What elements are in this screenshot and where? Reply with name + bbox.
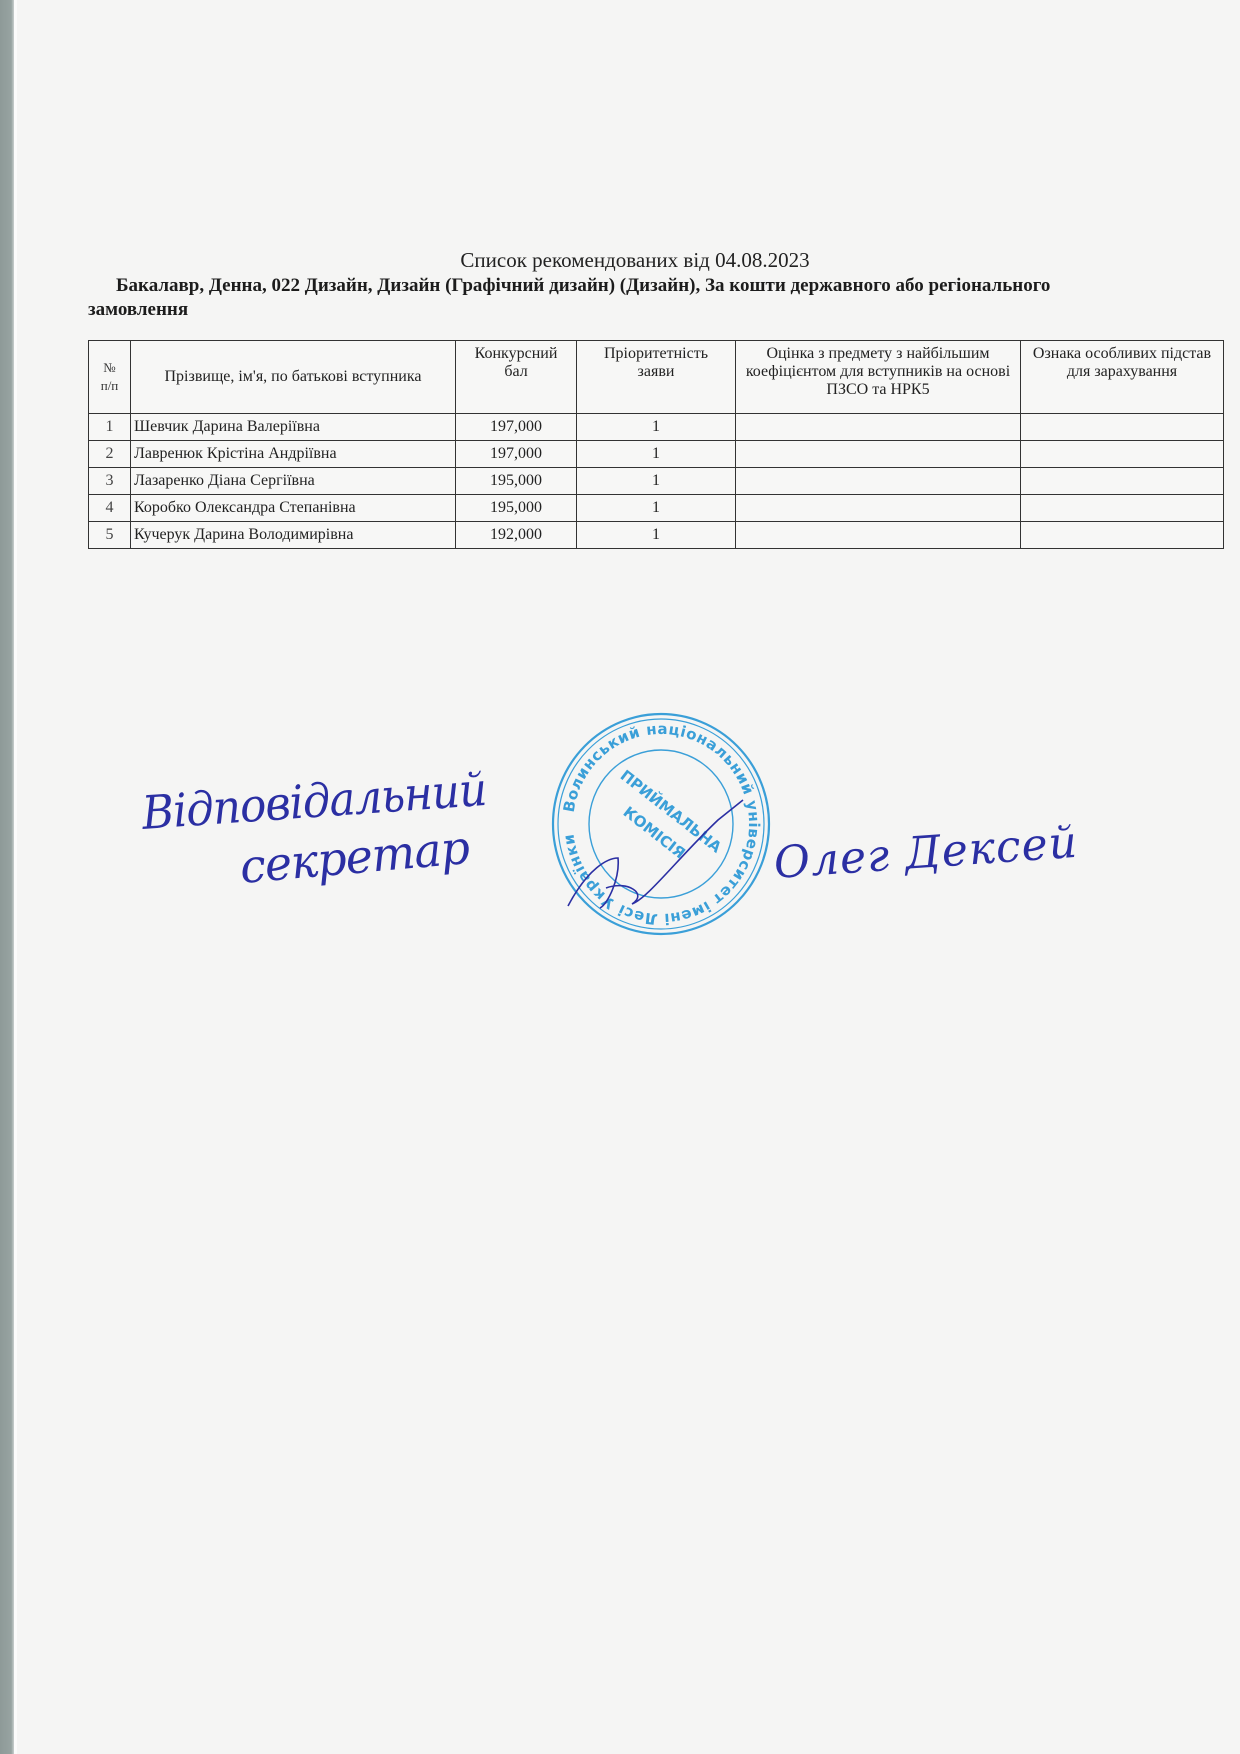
- document-title: Список рекомендованих від 04.08.2023: [0, 248, 1240, 273]
- recommended-list-table: №п/п Прізвище, ім'я, по батькові вступни…: [88, 340, 1224, 549]
- cell-subject-grade: [736, 468, 1021, 495]
- cell-name: Кучерук Дарина Володимирівна: [131, 522, 456, 549]
- table-header-row: №п/п Прізвище, ім'я, по батькові вступни…: [89, 341, 1224, 414]
- cell-subject-grade: [736, 441, 1021, 468]
- cell-no: 5: [89, 522, 131, 549]
- cell-special-grounds: [1021, 468, 1224, 495]
- cell-special-grounds: [1021, 414, 1224, 441]
- admission-committee-stamp: Волинський національний університет імен…: [548, 708, 774, 940]
- cell-subject-grade: [736, 414, 1021, 441]
- table-row: 5 Кучерук Дарина Володимирівна 192,000 1: [89, 522, 1224, 549]
- cell-special-grounds: [1021, 441, 1224, 468]
- table-row: 4 Коробко Олександра Степанівна 195,000 …: [89, 495, 1224, 522]
- cell-score: 197,000: [456, 441, 577, 468]
- cell-special-grounds: [1021, 522, 1224, 549]
- cell-name: Коробко Олександра Степанівна: [131, 495, 456, 522]
- document-subtitle: Бакалавр, Денна, 022 Дизайн, Дизайн (Гра…: [88, 274, 1148, 322]
- header-no: №п/п: [89, 341, 131, 414]
- table-row: 3 Лазаренко Діана Сергіївна 195,000 1: [89, 468, 1224, 495]
- cell-score: 197,000: [456, 414, 577, 441]
- cell-priority: 1: [577, 522, 736, 549]
- cell-priority: 1: [577, 414, 736, 441]
- cell-score: 192,000: [456, 522, 577, 549]
- signature-name: Олег Дексей: [772, 817, 1079, 889]
- signature-role-line-2: секретар: [238, 820, 471, 894]
- cell-subject-grade: [736, 495, 1021, 522]
- cell-subject-grade: [736, 522, 1021, 549]
- table-row: 1 Шевчик Дарина Валеріївна 197,000 1: [89, 414, 1224, 441]
- cell-no: 4: [89, 495, 131, 522]
- header-name: Прізвище, ім'я, по батькові вступника: [131, 341, 456, 414]
- cell-priority: 1: [577, 495, 736, 522]
- cell-name: Шевчик Дарина Валеріївна: [131, 414, 456, 441]
- header-special-grounds: Ознака особливих підстав для зарахування: [1021, 341, 1224, 414]
- header-priority: Пріоритетністьзаяви: [577, 341, 736, 414]
- table-row: 2 Лавренюк Крістіна Андріївна 197,000 1: [89, 441, 1224, 468]
- cell-priority: 1: [577, 441, 736, 468]
- cell-no: 3: [89, 468, 131, 495]
- header-score: Конкурснийбал: [456, 341, 577, 414]
- cell-score: 195,000: [456, 468, 577, 495]
- cell-score: 195,000: [456, 495, 577, 522]
- cell-priority: 1: [577, 468, 736, 495]
- cell-no: 1: [89, 414, 131, 441]
- cell-no: 2: [89, 441, 131, 468]
- cell-special-grounds: [1021, 495, 1224, 522]
- cell-name: Лазаренко Діана Сергіївна: [131, 468, 456, 495]
- cell-name: Лавренюк Крістіна Андріївна: [131, 441, 456, 468]
- header-subject-grade: Оцінка з предмету з найбільшим коефіцієн…: [736, 341, 1021, 414]
